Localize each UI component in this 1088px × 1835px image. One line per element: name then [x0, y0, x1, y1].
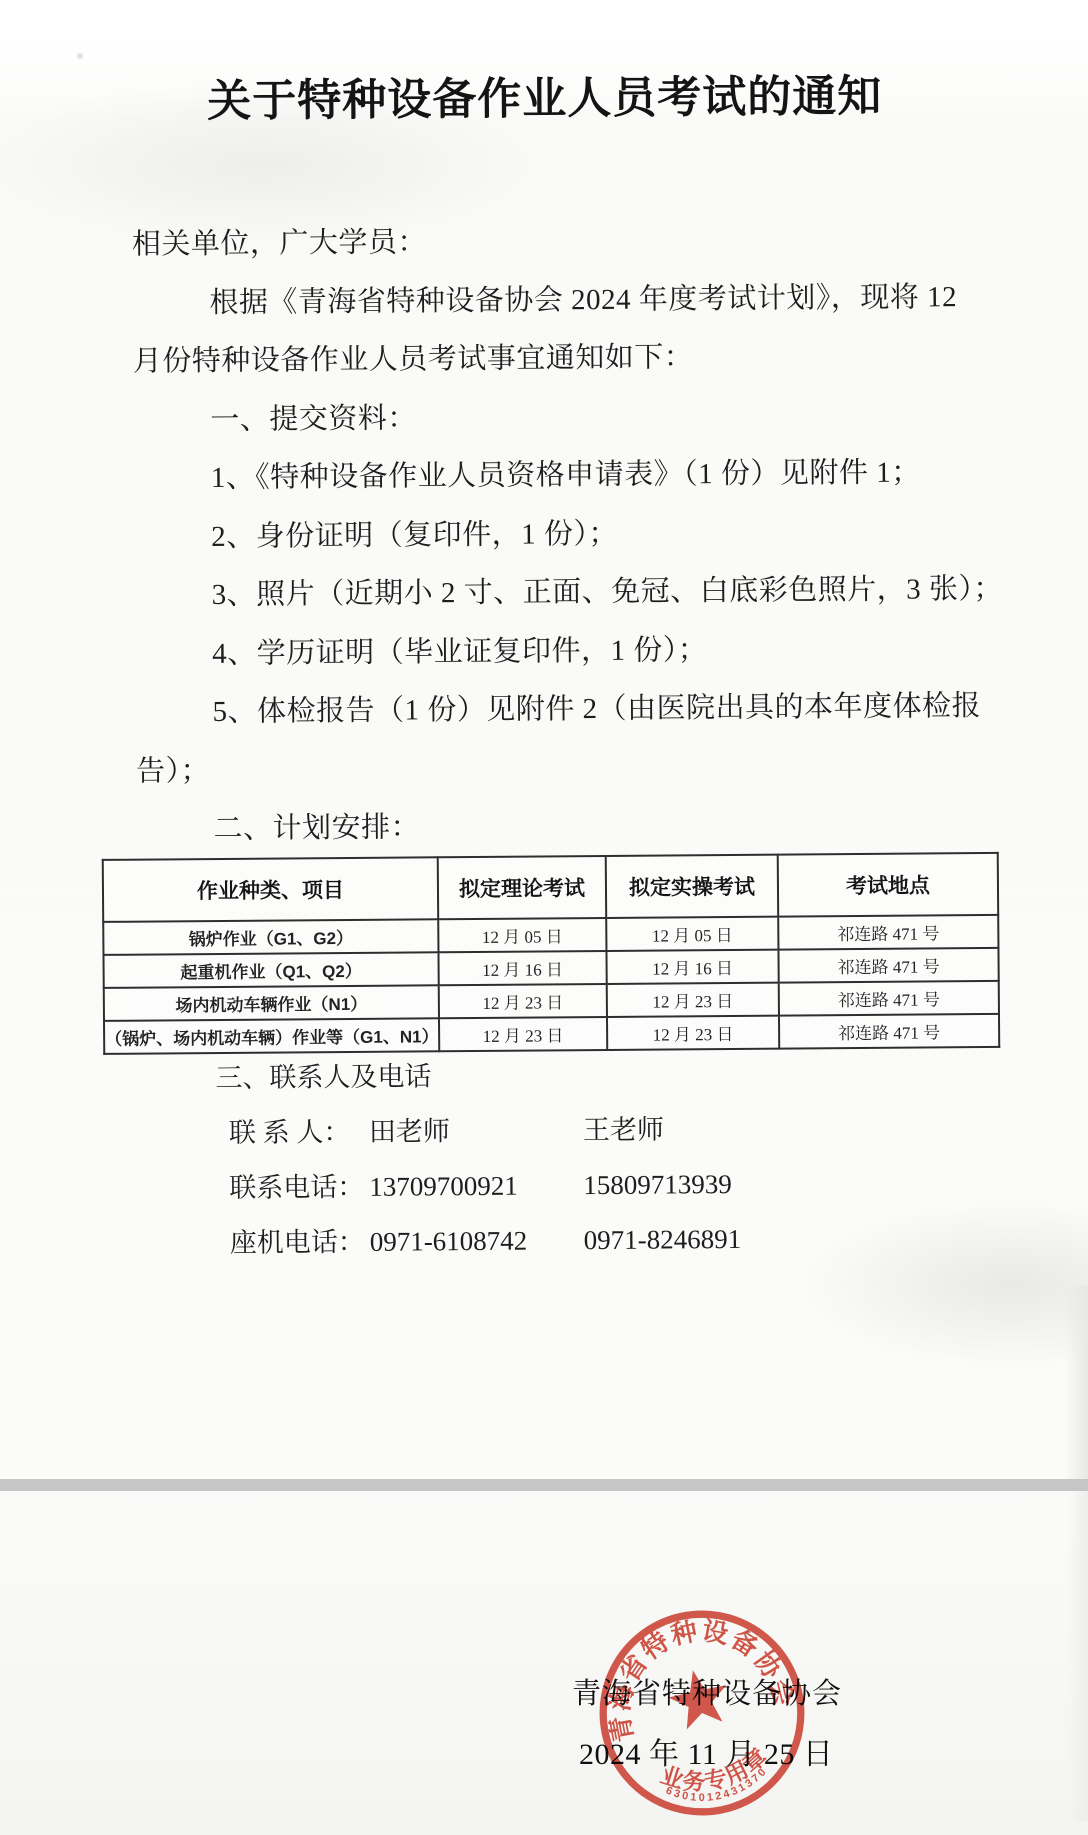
table-cell: 起重机作业（Q1、Q2）	[103, 952, 438, 988]
table-header-cell: 作业种类、项目	[103, 857, 438, 922]
contact-value: 0971-8246891	[584, 1224, 742, 1255]
contact-row: 联系电话：1370970092115809713939	[139, 1157, 741, 1217]
table-cell: 场内机动车辆作业（N1）	[104, 985, 439, 1021]
contact-label: 座机电话：	[230, 1215, 370, 1271]
table-cell: 12 月 16 日	[606, 950, 778, 984]
section1-heading: 一、提交资料：	[133, 384, 1013, 449]
body-line: 根据《青海省特种设备协会 2024 年度考试计划》，现将 12	[132, 267, 1012, 332]
table-cell: 12 月 23 日	[439, 984, 607, 1018]
table-header-row: 作业种类、项目 拟定理论考试 拟定实操考试 考试地点	[103, 853, 998, 922]
contact-row: 联 系 人：田老师王老师	[139, 1102, 741, 1162]
section3-heading: 三、联系人及电话	[138, 1047, 740, 1107]
exam-schedule-table: 作业种类、项目 拟定理论考试 拟定实操考试 考试地点 锅炉作业（G1、G2） 1…	[102, 852, 1001, 1055]
contact-value: 王老师	[583, 1115, 664, 1146]
table-cell: 祁连路 471 号	[778, 948, 998, 983]
scan-edge-shadow	[1068, 1491, 1088, 1821]
list-item: 4、学历证明（毕业证复印件，1 份）；	[135, 618, 1015, 683]
official-seal: 青海省特种设备协会 业务专用章 6301012431370	[579, 1590, 826, 1835]
page-one-content: 关于特种设备作业人员考试的通知 相关单位，广大学员： 根据《青海省特种设备协会 …	[0, 0, 1088, 1835]
document-title: 关于特种设备作业人员考试的通知	[1, 58, 1088, 131]
contact-value: 15809713939	[583, 1169, 732, 1200]
list-item: 2、身份证明（复印件，1 份）；	[134, 501, 1014, 566]
table-header-cell: 考试地点	[778, 853, 998, 917]
list-item: 1、《特种设备作业人员资格申请表》（1 份）见附件 1；	[134, 443, 1014, 508]
table-cell: 祁连路 471 号	[779, 981, 999, 1016]
signature-date-text: 2024 年 11 月 25 日	[579, 1729, 833, 1773]
contact-value: 13709700921	[369, 1158, 583, 1215]
table-cell: 12 月 23 日	[439, 1017, 607, 1051]
list-item: 3、照片（近期小 2 寸、正面、免冠、白底彩色照片，3 张）；	[134, 560, 1014, 625]
page-break-divider	[0, 1479, 1088, 1491]
scan-edge-shadow	[1064, 1285, 1088, 1479]
table-cell: 12 月 05 日	[438, 918, 606, 952]
table-cell: 祁连路 471 号	[779, 1014, 999, 1049]
salutation-line: 相关单位，广大学员：	[132, 209, 1012, 274]
body-line: 月份特种设备作业人员考试事宜通知如下：	[133, 326, 1013, 391]
list-item-wrap: 告）；	[136, 735, 1016, 800]
table-cell: 12 月 05 日	[606, 917, 778, 951]
contact-value: 0971-6108742	[370, 1213, 584, 1270]
table-cell: （锅炉、场内机动车辆）作业等（G1、N1）	[104, 1018, 439, 1054]
contact-label: 联系电话：	[229, 1160, 369, 1216]
section2-heading: 二、计划安排：	[136, 794, 1016, 859]
table-cell: 锅炉作业（G1、G2）	[103, 919, 438, 955]
table-cell: 12 月 16 日	[438, 951, 606, 985]
scanned-notice-page: 关于特种设备作业人员考试的通知 相关单位，广大学员： 根据《青海省特种设备协会 …	[0, 0, 1088, 1835]
signature-org-text: 青海省特种设备协会	[572, 1671, 842, 1712]
table-header-cell: 拟定理论考试	[438, 856, 606, 919]
table-cell: 12 月 23 日	[607, 1016, 779, 1050]
contact-value: 田老师	[369, 1103, 583, 1160]
list-item: 5、体检报告（1 份）见附件 2（由医院出具的本年度体检报	[135, 677, 1015, 742]
contact-row: 座机电话：0971-61087420971-8246891	[140, 1212, 742, 1272]
document-body: 相关单位，广大学员： 根据《青海省特种设备协会 2024 年度考试计划》，现将 …	[132, 209, 1017, 859]
table-cell: 祁连路 471 号	[778, 915, 998, 950]
table-cell: 12 月 23 日	[607, 983, 779, 1017]
contact-label: 联 系 人：	[229, 1105, 369, 1161]
contacts-section: 三、联系人及电话 联 系 人：田老师王老师 联系电话：1370970092115…	[138, 1047, 741, 1272]
table-header-cell: 拟定实操考试	[606, 855, 778, 918]
